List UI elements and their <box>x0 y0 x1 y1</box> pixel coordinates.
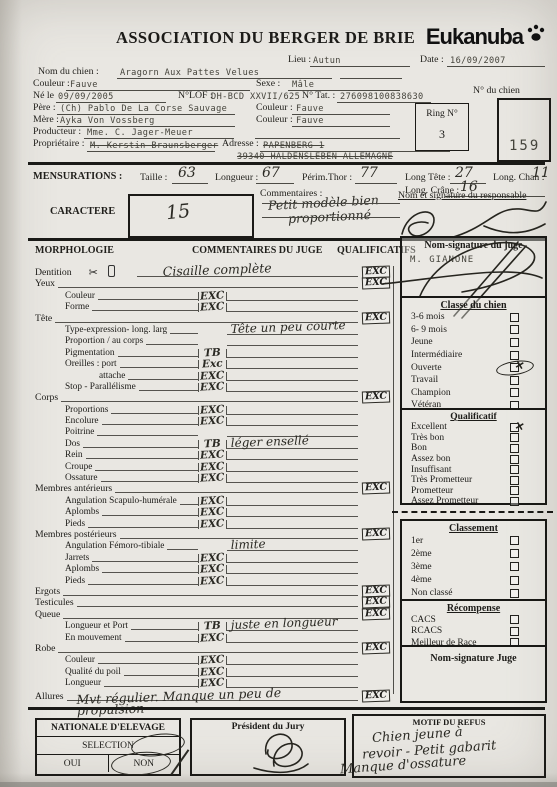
morphology-row: Proportion / au corps <box>35 335 400 346</box>
checkbox <box>510 338 519 347</box>
form-line <box>58 651 358 653</box>
checkbox <box>510 455 519 464</box>
morphology-label: Membres antérieurs <box>35 484 115 494</box>
producteur-label: Producteur : <box>33 126 81 137</box>
classe-title: Classe du chien <box>402 298 545 311</box>
oui-cell: OUI <box>37 755 109 772</box>
grade-cell: EXC <box>198 577 227 586</box>
checklist-label: CACS <box>411 615 436 625</box>
blank-line <box>57 113 235 115</box>
judge-comment: léger ensellé <box>231 433 310 450</box>
longueur-label: Longueur : <box>215 172 258 183</box>
couleur-label: Couleur : <box>33 78 70 89</box>
lof-label: N°LOF : <box>178 90 213 101</box>
checklist-label: Jeune <box>411 337 433 347</box>
eukanuba-logo: Eukanuba <box>426 24 523 50</box>
form-line <box>92 309 198 311</box>
morphology-row: Longueur et PortTBjuste en longueur <box>35 620 400 631</box>
form-line <box>63 594 358 596</box>
morphology-label: Poitrine <box>65 427 97 437</box>
ring-box: Ring N° 3 <box>415 103 469 151</box>
form-line <box>111 412 198 414</box>
morphology-label: attache <box>99 371 128 381</box>
long-chan-value: 11 <box>532 165 550 181</box>
non-cell: NON <box>109 755 180 772</box>
morphology-label: Yeux <box>35 279 58 289</box>
grade-cell: EXC <box>198 520 227 529</box>
handwritten-qualificatif: EXC <box>362 690 390 703</box>
judge-comment: Tête un peu courte <box>231 318 346 336</box>
morphology-label: Pieds <box>65 519 88 529</box>
checklist-label: 3ème <box>411 562 432 572</box>
ring-label: Ring N° <box>416 104 468 124</box>
checkbox <box>510 615 519 624</box>
nom-chien-label: Nom du chien : <box>38 66 99 77</box>
checklist-label: Prometteur <box>411 486 453 496</box>
morphology-label: Qualité du poil <box>65 667 124 677</box>
checkbox <box>510 589 519 598</box>
blank-line <box>256 182 294 184</box>
grade-cell: EXC <box>198 508 227 517</box>
handwritten-qualificatif: EXC <box>362 527 390 540</box>
checklist-item: 1er <box>402 534 545 547</box>
blank-line <box>447 65 545 67</box>
checklist-item: 6- 9 mois <box>402 324 545 337</box>
mere-label: Mère : <box>33 114 59 125</box>
morphology-label: Corps <box>35 393 61 403</box>
checklist-label: Insuffisant <box>411 465 451 475</box>
form-line <box>58 286 358 288</box>
morphology-row: CroupeEXC <box>35 460 400 471</box>
nationale-elevage-box: NATIONALE D'ELEVAGE SELECTION OUI NON <box>35 718 181 776</box>
morphology-label: Ossature <box>65 473 101 483</box>
form-line <box>61 400 358 402</box>
morphology-label: Rein <box>65 450 86 460</box>
recompense-title: Récompense <box>402 601 545 614</box>
morphology-label: Encolure <box>65 416 102 426</box>
checklist-label: Très Prometteur <box>411 475 472 485</box>
taille-value: 63 <box>178 165 196 181</box>
morphology-label: Jarrets <box>65 553 92 563</box>
morphology-label: Allures <box>35 692 67 702</box>
pere-label: Père : <box>33 102 56 113</box>
checkbox <box>510 562 519 571</box>
form-line <box>128 378 198 380</box>
checkbox <box>510 376 519 385</box>
dossard-box: 159 <box>497 98 551 162</box>
grade-cell: EXC <box>198 406 227 415</box>
form-line <box>83 446 198 448</box>
judge-comment: limite <box>231 537 266 552</box>
checklist-item: 2ème <box>402 547 545 560</box>
morphology-row: Dentition✂Cisaille complèteEXC <box>35 261 400 278</box>
checkbox <box>510 549 519 558</box>
checkbox <box>510 433 519 442</box>
morphology-row: AplombsEXC <box>35 563 400 574</box>
form-line <box>101 480 198 482</box>
morphology-label: Couleur <box>65 291 98 301</box>
morphology-row: Angulation Scapulo-huméraleEXC <box>35 494 400 505</box>
morphology-row: PiedsEXC <box>35 574 400 585</box>
checkbox <box>510 444 519 453</box>
checklist-item: Non classé <box>402 587 545 600</box>
classe-du-chien-box: Classe du chien 3-6 mois6- 9 moisJeuneIn… <box>400 296 547 410</box>
form-line <box>97 434 198 436</box>
morphology-row: EncolureEXC <box>35 415 400 426</box>
form-line <box>77 605 358 607</box>
president-jury-box: Président du Jury <box>190 718 346 776</box>
morphology-row: ReinEXC <box>35 449 400 460</box>
sexe-label: Sexe : <box>256 78 280 89</box>
adresse-line2: 39340 HALDENSLEBEN ALLEMAGNE <box>237 152 393 162</box>
morphology-label: Dos <box>65 439 83 449</box>
morphology-row: RobeEXC <box>35 643 400 654</box>
morphology-label: Angulation Fémoro-tibiale <box>65 541 167 551</box>
morphology-row: Membres antérieursEXC <box>35 483 400 494</box>
qualificatif-cell: EXC <box>362 528 400 540</box>
form-line <box>102 514 198 516</box>
checkbox <box>510 388 519 397</box>
handwritten-qualificatif: EXC <box>362 482 390 495</box>
checklist-label: Champion <box>411 388 451 398</box>
lof-value: DH-BCD XXVII/625 <box>211 92 300 102</box>
comment-column-divider <box>393 266 394 694</box>
morphology-row: PigmentationTB <box>35 346 400 357</box>
judge-signature-scribble <box>402 238 549 300</box>
blank-line <box>117 77 332 79</box>
morphology-label: Type-expression- long. larg <box>65 325 170 335</box>
form-line <box>88 526 198 528</box>
perim-value: 77 <box>360 165 378 181</box>
checklist-label: 3-6 mois <box>411 312 445 322</box>
long-tete-label: Long Tête : <box>405 172 451 183</box>
qualificatif-cell: EXC <box>362 312 400 324</box>
morphology-row: Oreilles : portExc <box>35 358 400 369</box>
checklist-label: Bon <box>411 443 427 453</box>
blank-line <box>292 125 390 127</box>
scan-edge <box>0 782 557 787</box>
checkbox <box>510 536 519 545</box>
checklist-item: Excellent✕ <box>402 422 545 433</box>
form-line <box>88 583 198 585</box>
morphology-label: Pigmentation <box>65 348 118 358</box>
morphology-label: Forme <box>65 302 92 312</box>
morphology-row: ErgotsEXC <box>35 586 400 597</box>
blank-line <box>56 101 166 103</box>
morphology-row: FormeEXC <box>35 301 400 312</box>
mere-couleur-label: Couleur : <box>256 114 293 125</box>
form-line <box>118 355 198 357</box>
handwritten-qualificatif: EXC <box>362 391 390 404</box>
morphology-row: CorpsEXC <box>35 392 400 403</box>
motif-line3: Manque d'ossature <box>340 754 467 778</box>
morphology-label: Angulation Scapulo-humérale <box>65 496 180 506</box>
adresse-label: Adresse : <box>222 138 259 149</box>
tat-label: N° Tat. : <box>302 90 335 101</box>
handwritten-qualificatif: EXC <box>362 641 390 654</box>
checklist-item: 3ème <box>402 560 545 573</box>
morphology-label: Queue <box>35 610 63 620</box>
checklist-label: 1er <box>411 536 423 546</box>
form-line <box>92 560 198 562</box>
checkbox <box>510 576 519 585</box>
morphologie-header: MORPHOLOGIE <box>35 245 114 256</box>
form-line <box>180 503 198 505</box>
morphology-label: Testicules <box>35 598 77 608</box>
checklist-item: RCACS <box>402 626 545 638</box>
grade-cell: EXC <box>198 668 227 677</box>
grade-cell: EXC <box>198 565 227 574</box>
morphology-row: YeuxEXC <box>35 278 400 289</box>
qualificatif-items: Excellent✕Très bonBonAssez bonInsuffisan… <box>402 422 545 507</box>
form-line <box>115 491 358 493</box>
morphology-row: Membres postérieursEXC <box>35 529 400 540</box>
morphology-label: Aplombs <box>65 564 102 574</box>
form-line <box>146 343 198 345</box>
commentaires-juge-header: COMMENTAIRES DU JUGE <box>192 245 322 256</box>
morphology-label: Pieds <box>65 576 88 586</box>
checklist-item: Assez Prometteur <box>402 496 545 507</box>
morphology-row: JarretsEXC <box>35 551 400 562</box>
morphology-row: DosTBléger ensellé <box>35 437 400 448</box>
grade-cell: EXC <box>198 417 227 426</box>
morphology-row: attacheEXC <box>35 369 400 380</box>
morphology-label: Longueur et Port <box>65 621 131 631</box>
checklist-label: Assez bon <box>411 454 450 464</box>
blank-line <box>66 89 250 91</box>
morphology-row: Stop - ParallélismeEXC <box>35 381 400 392</box>
judge-final-signature-box: Nom-signature Juge <box>400 645 547 703</box>
taille-label: Taille : <box>140 172 167 183</box>
blank-line <box>172 182 208 184</box>
qualificatif-cell: EXC <box>362 642 400 654</box>
grade-cell: EXC <box>198 372 227 381</box>
blank-line <box>292 113 390 115</box>
qualificatif-cell: EXC <box>362 482 400 494</box>
caractere-label: CARACTERE <box>50 206 115 217</box>
ne-le-label: Né le <box>33 90 54 101</box>
checklist-label: Excellent <box>411 422 447 432</box>
judge-panel: Nom-signature du juge M. GIANONE Classe … <box>400 238 547 703</box>
checklist-item: Champion <box>402 387 545 400</box>
form-line <box>102 423 198 425</box>
morphology-row: Qualité du poilEXC <box>35 665 400 676</box>
morphology-row: OssatureEXC <box>35 472 400 483</box>
morphology-row: AplombsEXC <box>35 506 400 517</box>
classement-items: 1er2ème3ème4èmeNon classé <box>402 534 545 600</box>
checkbox <box>510 486 519 495</box>
checklist-item: CACS <box>402 614 545 626</box>
morphology-row: En mouvementEXC <box>35 631 400 642</box>
checklist-item: Insuffisant <box>402 464 545 475</box>
judge-comment: Mvt régulier. Manque un peu de propulsio… <box>76 686 309 716</box>
checklist-label: Travail <box>411 375 438 385</box>
checklist-label: 2ème <box>411 549 432 559</box>
checklist-label: Ouverte <box>411 363 442 373</box>
form-line <box>131 628 198 630</box>
checklist-label: 6- 9 mois <box>411 325 447 335</box>
checkbox <box>510 325 519 334</box>
morphology-rows: Dentition✂Cisaille complèteEXCYeuxEXCCou… <box>35 261 400 702</box>
handwritten-qualificatif: EXC <box>362 607 390 620</box>
morphology-label: Tête <box>35 314 55 324</box>
checklist-item: Travail <box>402 374 545 387</box>
blank-line <box>255 137 400 139</box>
divider <box>28 707 545 710</box>
selection-label: SELECTION <box>82 741 134 751</box>
morphology-row: TesticulesEXC <box>35 597 400 608</box>
checklist-item: Assez bon <box>402 454 545 465</box>
morphology-row: CouleurEXC <box>35 289 400 300</box>
checklist-item: 4ème <box>402 574 545 587</box>
qualificatif-cell: EXC <box>362 690 400 702</box>
form-line <box>102 571 198 573</box>
checklist-item: Bon <box>402 443 545 454</box>
form-line <box>104 685 198 687</box>
classement-title: Classement <box>402 521 545 534</box>
morphology-label: Proportions <box>65 405 111 415</box>
morphology-label: Aplombs <box>65 507 102 517</box>
classe-items: 3-6 mois6- 9 moisJeuneIntermédiaireOuver… <box>402 311 545 412</box>
morphology-row: Type-expression- long. largTête un peu c… <box>35 324 400 335</box>
recompense-items: CACSRCACSMeilleur de Race <box>402 614 545 649</box>
form-line <box>170 332 198 334</box>
proprietaire-label: Propriétaire : <box>33 138 84 149</box>
checklist-item: Jeune <box>402 336 545 349</box>
checklist-label: Assez Prometteur <box>411 496 478 506</box>
grade-cell: EXC <box>198 474 227 483</box>
recompense-box: Récompense CACSRCACSMeilleur de Race <box>400 599 547 647</box>
morphology-row: Angulation Fémoro-tibialelimite <box>35 540 400 551</box>
judge-comment: juste en longueur <box>231 614 338 632</box>
checklist-item: Très Prometteur <box>402 475 545 486</box>
blank-line <box>57 125 235 127</box>
checklist-label: Intermédiaire <box>411 350 462 360</box>
form-line <box>95 469 198 471</box>
perim-label: Périm.Thor : <box>302 172 352 183</box>
morphology-row: Poitrine <box>35 426 400 437</box>
handwritten-qualificatif: EXC <box>362 311 390 324</box>
checklist-item: Très bon <box>402 433 545 444</box>
checklist-label: 4ème <box>411 575 432 585</box>
lieu-label: Lieu : <box>288 54 311 65</box>
morphology-label: En mouvement <box>65 633 125 643</box>
president-signature <box>232 726 312 774</box>
dashed-divider <box>392 511 553 519</box>
pince-bite-icon <box>108 265 115 277</box>
checkbox <box>510 465 519 474</box>
blank-line <box>310 65 410 67</box>
grade-cell: EXC <box>198 656 227 665</box>
caractere-box: 15 <box>128 194 254 238</box>
morphology-label: Robe <box>35 644 58 654</box>
grade-cell: TB <box>198 349 227 358</box>
checklist-label: Non classé <box>411 588 452 598</box>
morphology-label: Oreilles : port <box>65 359 120 369</box>
paw-print-icon <box>525 22 547 46</box>
morphology-label: Croupe <box>65 462 95 472</box>
blank-line <box>355 182 397 184</box>
grade-cell: EXC <box>198 383 227 392</box>
date-label: Date : <box>420 54 444 65</box>
dossard-number: 159 <box>509 138 540 154</box>
qualificatif-box: Qualificatif Excellent✕Très bonBonAssez … <box>400 408 547 505</box>
blank-line <box>340 77 402 79</box>
morphology-label: Ergots <box>35 587 63 597</box>
scanned-judging-form: ASSOCIATION DU BERGER DE BRIE Eukanuba L… <box>0 0 557 787</box>
checkbox <box>510 627 519 636</box>
checklist-item: Prometteur <box>402 486 545 497</box>
morphology-label: Proportion / au corps <box>65 336 146 346</box>
morphology-row: CouleurEXC <box>35 654 400 665</box>
blank-line <box>84 137 234 139</box>
form-line <box>139 389 198 391</box>
handwritten-grade: TB <box>204 622 221 632</box>
qualificatif-cell: EXC <box>362 608 400 620</box>
motif-refus-box: MOTIF DU REFUS Chien jeune à revoir - Pe… <box>352 714 546 778</box>
grade-cell: EXC <box>198 463 227 472</box>
morphology-row: PiedsEXC <box>35 517 400 528</box>
grade-cell: TB <box>198 622 227 631</box>
checklist-label: Très bon <box>411 433 444 443</box>
morphology-label: Membres postérieurs <box>35 530 120 540</box>
qualificatif-cell: EXC <box>362 391 400 403</box>
morphology-row: AlluresMvt régulier. Manque un peu de pr… <box>35 688 400 702</box>
morphology-label: Stop - Parallélisme <box>65 382 139 392</box>
judge-final-signature-title: Nom-signature Juge <box>402 647 545 664</box>
form-line <box>167 548 198 550</box>
caractere-value: 15 <box>165 200 191 224</box>
blank-line <box>87 150 215 152</box>
form-line <box>125 640 198 642</box>
pere-couleur-label: Couleur : <box>256 102 293 113</box>
grade-cell: Exc <box>198 360 227 369</box>
morphology-label: Couleur <box>65 655 98 665</box>
longueur-value: 67 <box>262 165 280 181</box>
checklist-item: 3-6 mois <box>402 311 545 324</box>
form-line <box>98 298 198 300</box>
grade-cell: EXC <box>198 634 227 643</box>
checkbox <box>510 497 519 506</box>
qualificatif-cell: EXC <box>362 596 400 608</box>
morphology-label: Longueur <box>65 678 104 688</box>
checkbox <box>510 313 519 322</box>
form-line <box>124 674 198 676</box>
morphology-row: QueueEXC <box>35 608 400 619</box>
form-line <box>120 366 198 368</box>
mensurations-label: MENSURATIONS : <box>33 171 122 182</box>
ring-number: 3 <box>416 124 468 144</box>
checkbox <box>510 476 519 485</box>
judge-signature-box: Nom-signature du juge M. GIANONE <box>400 236 547 298</box>
grade-cell: EXC <box>198 303 227 312</box>
checklist-item: Ouverte✕ <box>402 361 545 374</box>
form-line <box>86 457 198 459</box>
scissors-bite-icon: ✂ <box>89 268 98 278</box>
grade-cell: EXC <box>198 451 227 460</box>
blank-line <box>262 216 400 218</box>
morphology-label: Dentition <box>35 268 75 278</box>
morphology-row: ProportionsEXC <box>35 403 400 414</box>
form-line <box>98 662 198 664</box>
checklist-label: RCACS <box>411 626 442 636</box>
page-title: ASSOCIATION DU BERGER DE BRIE <box>116 28 415 48</box>
classement-box: Classement 1er2ème3ème4èmeNon classé <box>400 519 547 601</box>
blank-line <box>262 202 400 204</box>
num-chien-label: N° du chien <box>473 85 520 96</box>
